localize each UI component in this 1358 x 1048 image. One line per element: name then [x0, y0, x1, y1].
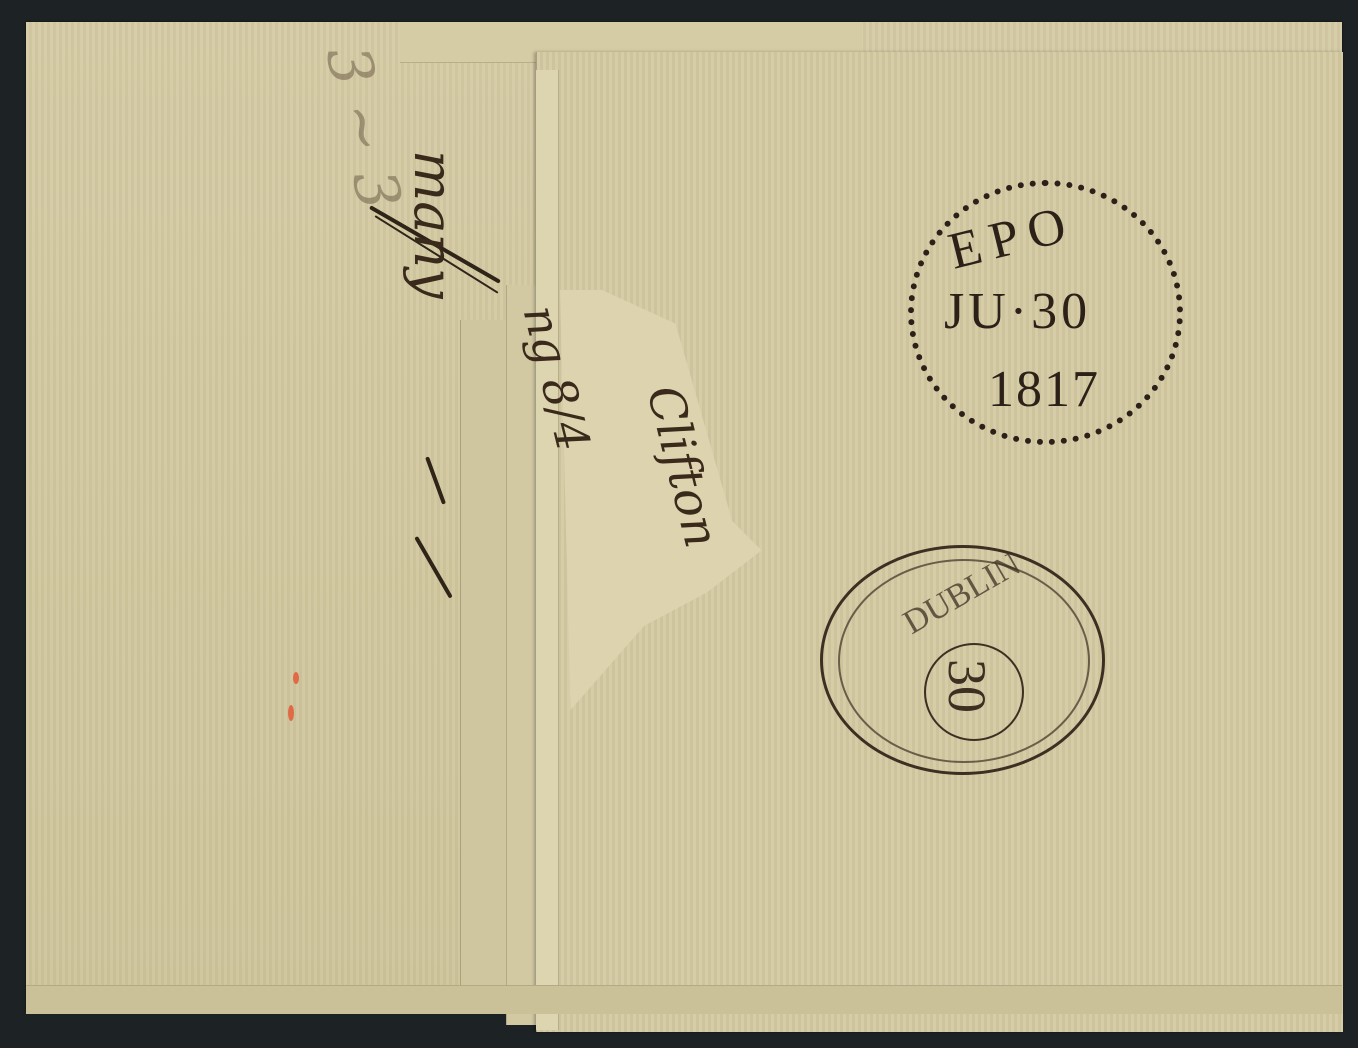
bottom-fold-edge — [26, 985, 1342, 1014]
postmark-center-number: 30 — [936, 659, 998, 713]
double-circle-postmark: 30 DUBLIN — [820, 545, 1105, 775]
red-ink-spot — [288, 705, 294, 721]
dotted-oval-postmark: EPO JU·30 1817 — [908, 180, 1183, 445]
postmark-date: JU·30 — [944, 282, 1091, 341]
left-edge-manuscript: many — [402, 150, 465, 299]
red-ink-spot — [293, 672, 299, 684]
postmark-year: 1817 — [988, 360, 1100, 419]
fold-strip — [536, 70, 559, 1030]
